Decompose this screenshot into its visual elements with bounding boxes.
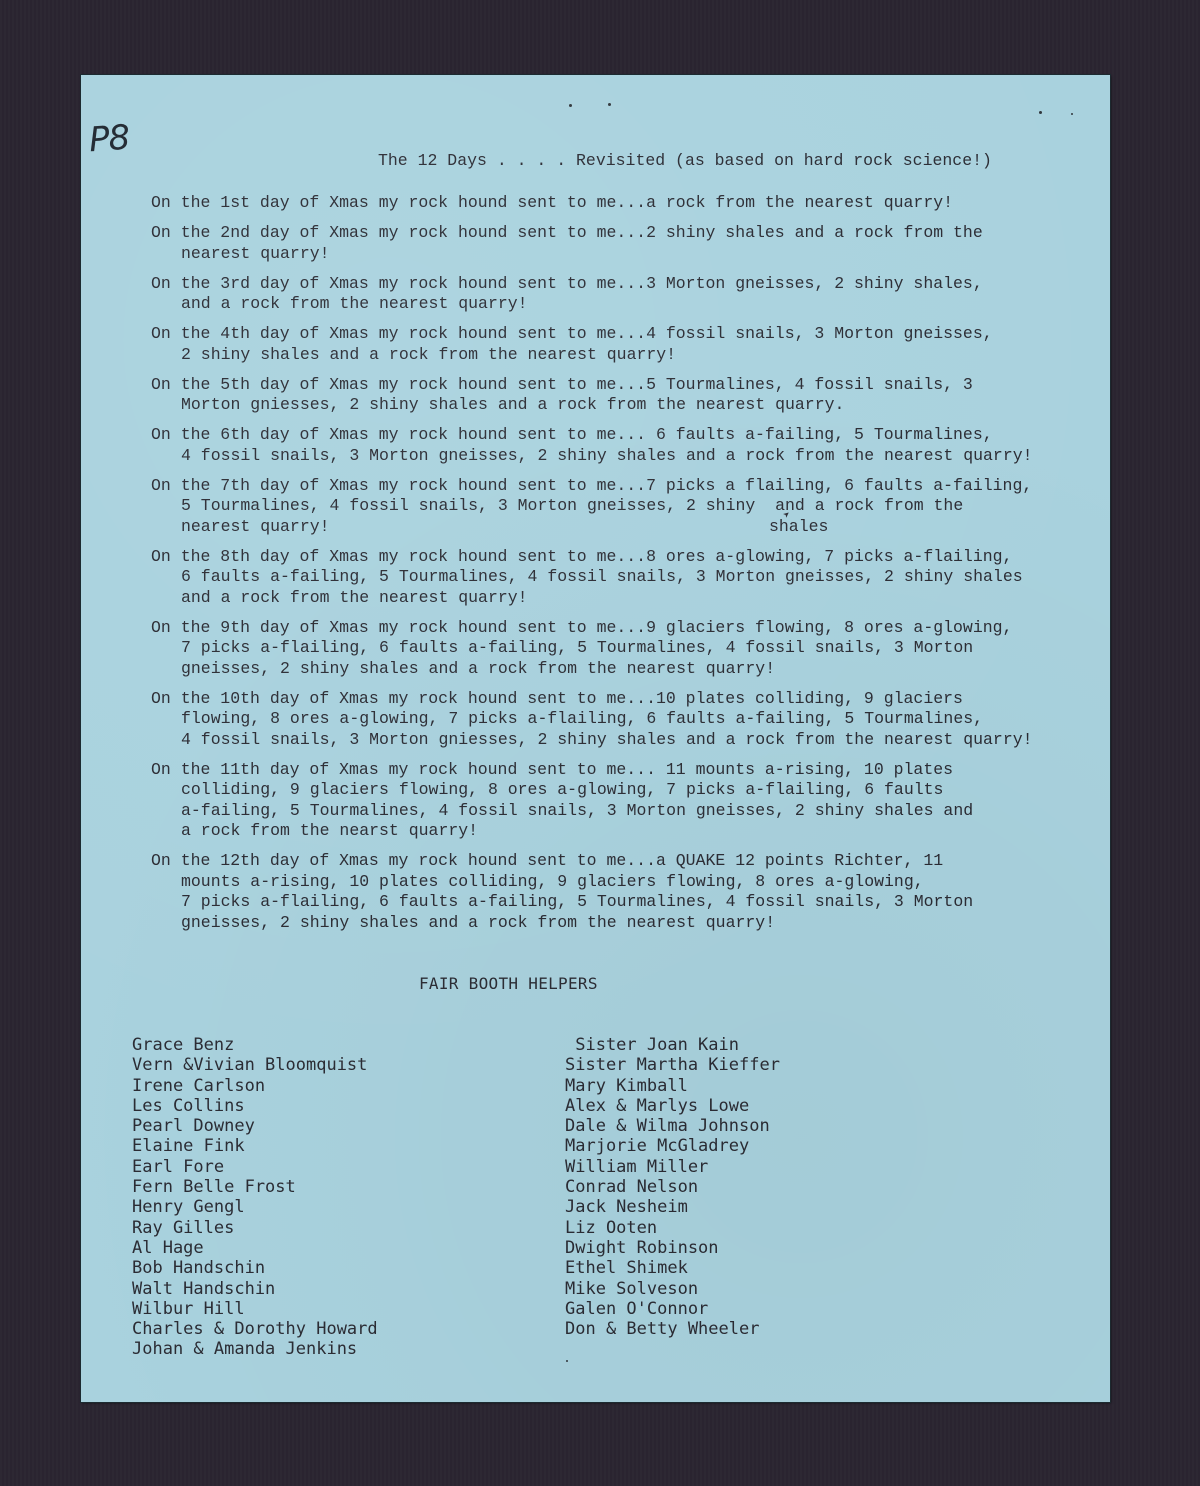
helper-name: Dwight Robinson	[565, 1238, 780, 1258]
verse-line: 4 fossil snails, 3 Morton gneisses, 2 sh…	[151, 446, 1091, 467]
helper-name: Henry Gengl	[132, 1197, 378, 1217]
helper-name: Grace Benz	[132, 1035, 378, 1055]
verse-line: 7 picks a-flailing, 6 faults a-failing, …	[151, 638, 1091, 659]
verse-4th: On the 4th day of Xmas my rock hound sen…	[151, 324, 1091, 365]
verse-line: On the 3rd day of Xmas my rock hound sen…	[151, 274, 1091, 295]
verse-line: 5 Tourmalines, 4 fossil snails, 3 Morton…	[151, 496, 1091, 517]
verse-line: 7 picks a-flailing, 6 faults a-failing, …	[151, 892, 1091, 913]
verse-line: On the 12th day of Xmas my rock hound se…	[151, 851, 1091, 872]
helper-name: Al Hage	[132, 1238, 378, 1258]
page-number-annotation: P8	[88, 118, 131, 161]
helper-name: Charles & Dorothy Howard	[132, 1319, 378, 1339]
verse-line: On the 4th day of Xmas my rock hound sen…	[151, 324, 1091, 345]
verse-2nd: On the 2nd day of Xmas my rock hound sen…	[151, 223, 1091, 264]
helpers-left-column: Grace BenzVern &Vivian BloomquistIrene C…	[132, 1035, 378, 1360]
verse-line: and a rock from the nearest quarry!	[151, 294, 1091, 315]
helper-name: Bob Handschin	[132, 1258, 378, 1278]
verse-9th: On the 9th day of Xmas my rock hound sen…	[151, 618, 1091, 680]
paper-speck	[608, 103, 611, 106]
helper-name: Fern Belle Frost	[132, 1177, 378, 1197]
verse-line: 2 shiny shales and a rock from the neare…	[151, 345, 1091, 366]
helper-name: Earl Fore	[132, 1157, 378, 1177]
helper-name: Alex & Marlys Lowe	[565, 1096, 780, 1116]
verse-line: gneisses, 2 shiny shales and a rock from…	[151, 913, 1091, 934]
helpers-right-column: Sister Joan KainSister Martha KiefferMar…	[565, 1035, 780, 1339]
helper-name: Jack Nesheim	[565, 1197, 780, 1217]
document-page: P8 The 12 Days . . . . Revisited (as bas…	[81, 75, 1110, 1402]
helper-name: Mike Solveson	[565, 1279, 780, 1299]
inserted-word: shales	[769, 517, 828, 536]
verse-line: On the 10th day of Xmas my rock hound se…	[151, 689, 1091, 710]
verse-7th: On the 7th day of Xmas my rock hound sen…	[151, 476, 1091, 538]
verse-1st: On the 1st day of Xmas my rock hound sen…	[151, 193, 1091, 214]
helper-name: Conrad Nelson	[565, 1177, 780, 1197]
paper-speck	[1039, 111, 1042, 114]
helper-name: Walt Handschin	[132, 1279, 378, 1299]
helper-name: Ethel Shimek	[565, 1258, 780, 1278]
helper-name: Sister Martha Kieffer	[565, 1055, 780, 1075]
paper-speck	[1071, 113, 1073, 115]
helper-name: Sister Joan Kain	[565, 1035, 780, 1055]
verse-line: On the 5th day of Xmas my rock hound sen…	[151, 375, 1091, 396]
verse-11th: On the 11th day of Xmas my rock hound se…	[151, 760, 1091, 842]
verse-line: nearest quarry!	[151, 244, 1091, 265]
verse-line: On the 7th day of Xmas my rock hound sen…	[151, 476, 1091, 497]
document-title: The 12 Days . . . . Revisited (as based …	[378, 151, 992, 170]
helper-name: William Miller	[565, 1157, 780, 1177]
verse-line: a rock from the nearst quarry!	[151, 821, 1091, 842]
verse-3rd: On the 3rd day of Xmas my rock hound sen…	[151, 274, 1091, 315]
helpers-heading: FAIR BOOTH HELPERS	[419, 974, 598, 993]
verse-line: nearest quarry!	[151, 517, 1091, 538]
helper-name: Vern &Vivian Bloomquist	[132, 1055, 378, 1075]
verse-line: Morton gniesses, 2 shiny shales and a ro…	[151, 395, 1091, 416]
helper-name: Les Collins	[132, 1096, 378, 1116]
helper-name: Liz Ooten	[565, 1218, 780, 1238]
verse-line: On the 8th day of Xmas my rock hound sen…	[151, 547, 1091, 568]
helper-name: Wilbur Hill	[132, 1299, 378, 1319]
verse-5th: On the 5th day of Xmas my rock hound sen…	[151, 375, 1091, 416]
verse-line: flowing, 8 ores a-glowing, 7 picks a-fla…	[151, 709, 1091, 730]
verse-line: and a rock from the nearest quarry!	[151, 588, 1091, 609]
verse-10th: On the 10th day of Xmas my rock hound se…	[151, 689, 1091, 751]
verse-line: 6 faults a-failing, 5 Tourmalines, 4 fos…	[151, 567, 1091, 588]
helper-name: Elaine Fink	[132, 1136, 378, 1156]
paper-speck	[569, 104, 572, 107]
verse-line: gneisses, 2 shiny shales and a rock from…	[151, 659, 1091, 680]
helper-name: Johan & Amanda Jenkins	[132, 1339, 378, 1359]
verse-line: 4 fossil snails, 3 Morton gniesses, 2 sh…	[151, 730, 1091, 751]
verse-line: mounts a-rising, 10 plates colliding, 9 …	[151, 872, 1091, 893]
verse-list: On the 1st day of Xmas my rock hound sen…	[151, 193, 1091, 943]
helper-name: Marjorie McGladrey	[565, 1136, 780, 1156]
verse-8th: On the 8th day of Xmas my rock hound sen…	[151, 547, 1091, 609]
verse-line: On the 9th day of Xmas my rock hound sen…	[151, 618, 1091, 639]
verse-line: On the 11th day of Xmas my rock hound se…	[151, 760, 1091, 781]
helper-name: Pearl Downey	[132, 1116, 378, 1136]
verse-line: On the 6th day of Xmas my rock hound sen…	[151, 425, 1091, 446]
helper-name: Irene Carlson	[132, 1076, 378, 1096]
helper-name: Mary Kimball	[565, 1076, 780, 1096]
verse-line: a-failing, 5 Tourmalines, 4 fossil snail…	[151, 801, 1091, 822]
paper-speck	[566, 1360, 568, 1362]
helper-name: Galen O'Connor	[565, 1299, 780, 1319]
verse-12th: On the 12th day of Xmas my rock hound se…	[151, 851, 1091, 933]
helper-name: Don & Betty Wheeler	[565, 1319, 780, 1339]
helper-name: Dale & Wilma Johnson	[565, 1116, 780, 1136]
verse-line: colliding, 9 glaciers flowing, 8 ores a-…	[151, 780, 1091, 801]
verse-line: On the 2nd day of Xmas my rock hound sen…	[151, 223, 1091, 244]
helper-name: Ray Gilles	[132, 1218, 378, 1238]
verse-6th: On the 6th day of Xmas my rock hound sen…	[151, 425, 1091, 466]
verse-line: On the 1st day of Xmas my rock hound sen…	[151, 193, 1091, 214]
